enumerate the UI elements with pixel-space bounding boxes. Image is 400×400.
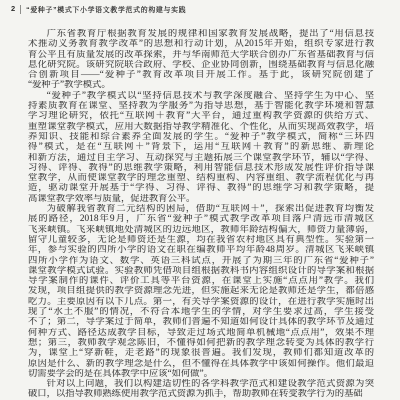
page-body-text: 广东省教育厅根据教育发展的规律和国家教育发展战略，提出了“用信息技术推动义务教育…: [28, 29, 374, 400]
text-line: 发现，项目组提供的教学资源理念先进，但实施起来无论是教师还是学生，都倍感: [28, 286, 374, 296]
text-line: 原因是什么、新的教学理念是什么，但不懂得在具体教学中该如何操作。他们最迫: [28, 359, 374, 369]
paragraph: 为破解我省教育二元结构的困局，借助“互联网＋”，探索出促进教育均衡发展的路径，2…: [28, 204, 374, 379]
running-title: “爱种子”模式下小学语文教学范式的构建与实践: [26, 4, 186, 14]
text-line: 养知识、技能和综合素养全面发展的学生。“爱种子”教学模式，简称“三环四: [28, 132, 374, 142]
text-line: “爱种子”教学模式以“坚持信息技术与教学深度融合、坚持学生为中心、坚: [28, 91, 374, 101]
text-line: 想；第三，教师教学观念陈旧，不懂得如何把新的教学理念转变为具体的教学行: [28, 338, 374, 348]
text-line: 合创新项目——“爱种子”教育改革项目开展工作。基于此，该研究院创建了: [28, 70, 374, 80]
text-line: 为破解我省教育二元结构的困局，借助“互联网＋”，探索出促进教育均衡发: [28, 204, 374, 214]
text-line: 持素质教育在课堂、坚持教为学服务”为指导思想，基于智能化教学环境和智慧: [28, 101, 374, 111]
text-line: 飞来峡镇。飞来峡镇地处清城区的边远地区，教师年龄结构偏大，师资力量薄弱，: [28, 225, 374, 235]
text-line: 堂教学，从而使课堂教学的理念重塑、结构重构、内容重组、教学流程优化与再: [28, 173, 374, 183]
text-line: 导学案制作的课件、评价工具等平台资源，在课堂上实施“点点用”教学。我们: [28, 276, 374, 286]
text-line: 学习理论研究，依托“互联网＋教育”大平台，通过重构教学资源的供给方式、: [28, 111, 374, 121]
text-line: 育公平且有质量发展的改革探索，并与华南师范大学联合创办广东省基础教育与信: [28, 50, 374, 60]
page-number: 2: [11, 4, 15, 14]
paragraph: 广东省教育厅根据教育发展的规律和国家教育发展战略，提出了“用信息技术推动义务教育…: [28, 29, 374, 91]
text-line: 为，课堂上“穿新鞋，走老路”的现象很普遍。我们发现，教师们都知道改革的: [28, 348, 374, 358]
text-line: 和新方法，通过自主学习、互动探究与主题拓展三个课堂教学环节，辅以“学得、: [28, 153, 374, 163]
text-line: 何种方式、路径达成教学目标，导致走过场式地简单机械地“点点用”，效果不理: [28, 328, 374, 338]
text-line: 得”模式，是在“互联网＋”背景下，运用“互联网＋教育”的新思维、新理论: [28, 142, 374, 152]
text-line: 吃力。主要原因有以下几点。第一，有关导学案资源的设计，在进行教学实施时出: [28, 297, 374, 307]
text-line: 造，驱动课堂开展基于“学得、习得、评得、教得”的思维学习和教学策略，提: [28, 183, 374, 193]
book-page: 2 “爱种子”模式下小学语文教学范式的构建与实践 广东省教育厅根据教育发展的规律…: [0, 0, 400, 400]
text-line: 破口，以指导教师熟练使用教学范式资源为抓手，帮助教师在转变教学行为的基础: [28, 389, 374, 399]
text-line: 术推动义务教育教学改革”的思想和行动计划，从2015年开始，组织专家进行教: [28, 39, 374, 49]
text-line: 不了；第二，导学案过于简单，教师们普遍不知道如何设计具体的教学环节及通过: [28, 317, 374, 327]
text-line: 针对以上问题，我们以构建适切性的各学科教学范式和建设教学范式资源为突: [28, 379, 374, 389]
paragraph: “爱种子”教学模式以“坚持信息技术与教学深度融合、坚持学生为中心、坚持素质教育在…: [28, 91, 374, 204]
header-divider: [20, 5, 21, 14]
text-line: 切需要学会的是在具体教学中应该“如何做”。: [28, 369, 374, 379]
text-line: 现了“水土不服”的情况，不符合本地学生的学情，对学生要求过高，学生接受: [28, 307, 374, 317]
text-line: 息化研究院。该研究院联合政府、学校、企业协同创新，围绕基础教育与信息化融: [28, 60, 374, 70]
text-line: 留守儿童较多，无论是师资还是生源，均在我省农村地区具有典型性。实验第一: [28, 235, 374, 245]
text-line: 高课堂教学效率与质量，促进教育公平。: [28, 194, 374, 204]
running-header: 2 “爱种子”模式下小学语文教学范式的构建与实践: [11, 4, 376, 14]
text-line: 展的路径，2018年9月，广东省“爱种子”模式教学改革项目落户清远市清城区: [28, 214, 374, 224]
text-line: 四所小学作为语文、数学、英语三科试点，开展了为期三年的广东省“爱种子”: [28, 256, 374, 266]
text-line: 课堂教学模式试验。实验教师凭借项目组根据教科书内容组织设计的导学案和根据: [28, 266, 374, 276]
paragraph: 针对以上问题，我们以构建适切性的各学科教学范式和建设教学范式资源为突破口，以指导…: [28, 379, 374, 400]
text-line: 重塑课堂教学模式，应用大数据指导教学精准化、个性化，从而实现高效教学，培: [28, 122, 374, 132]
text-line: 广东省教育厅根据教育发展的规律和国家教育发展战略，提出了“用信息技: [28, 29, 374, 39]
text-line: 年，参与实验的四所小学的语文在职在编教师平均年龄48周岁。清城区飞来峡镇: [28, 245, 374, 255]
text-line: “爱种子”教学模式。: [28, 80, 374, 90]
text-line: 习得、评得、教得”的思维教学策略，利用智能信息技术形成发展性评价指导课: [28, 163, 374, 173]
